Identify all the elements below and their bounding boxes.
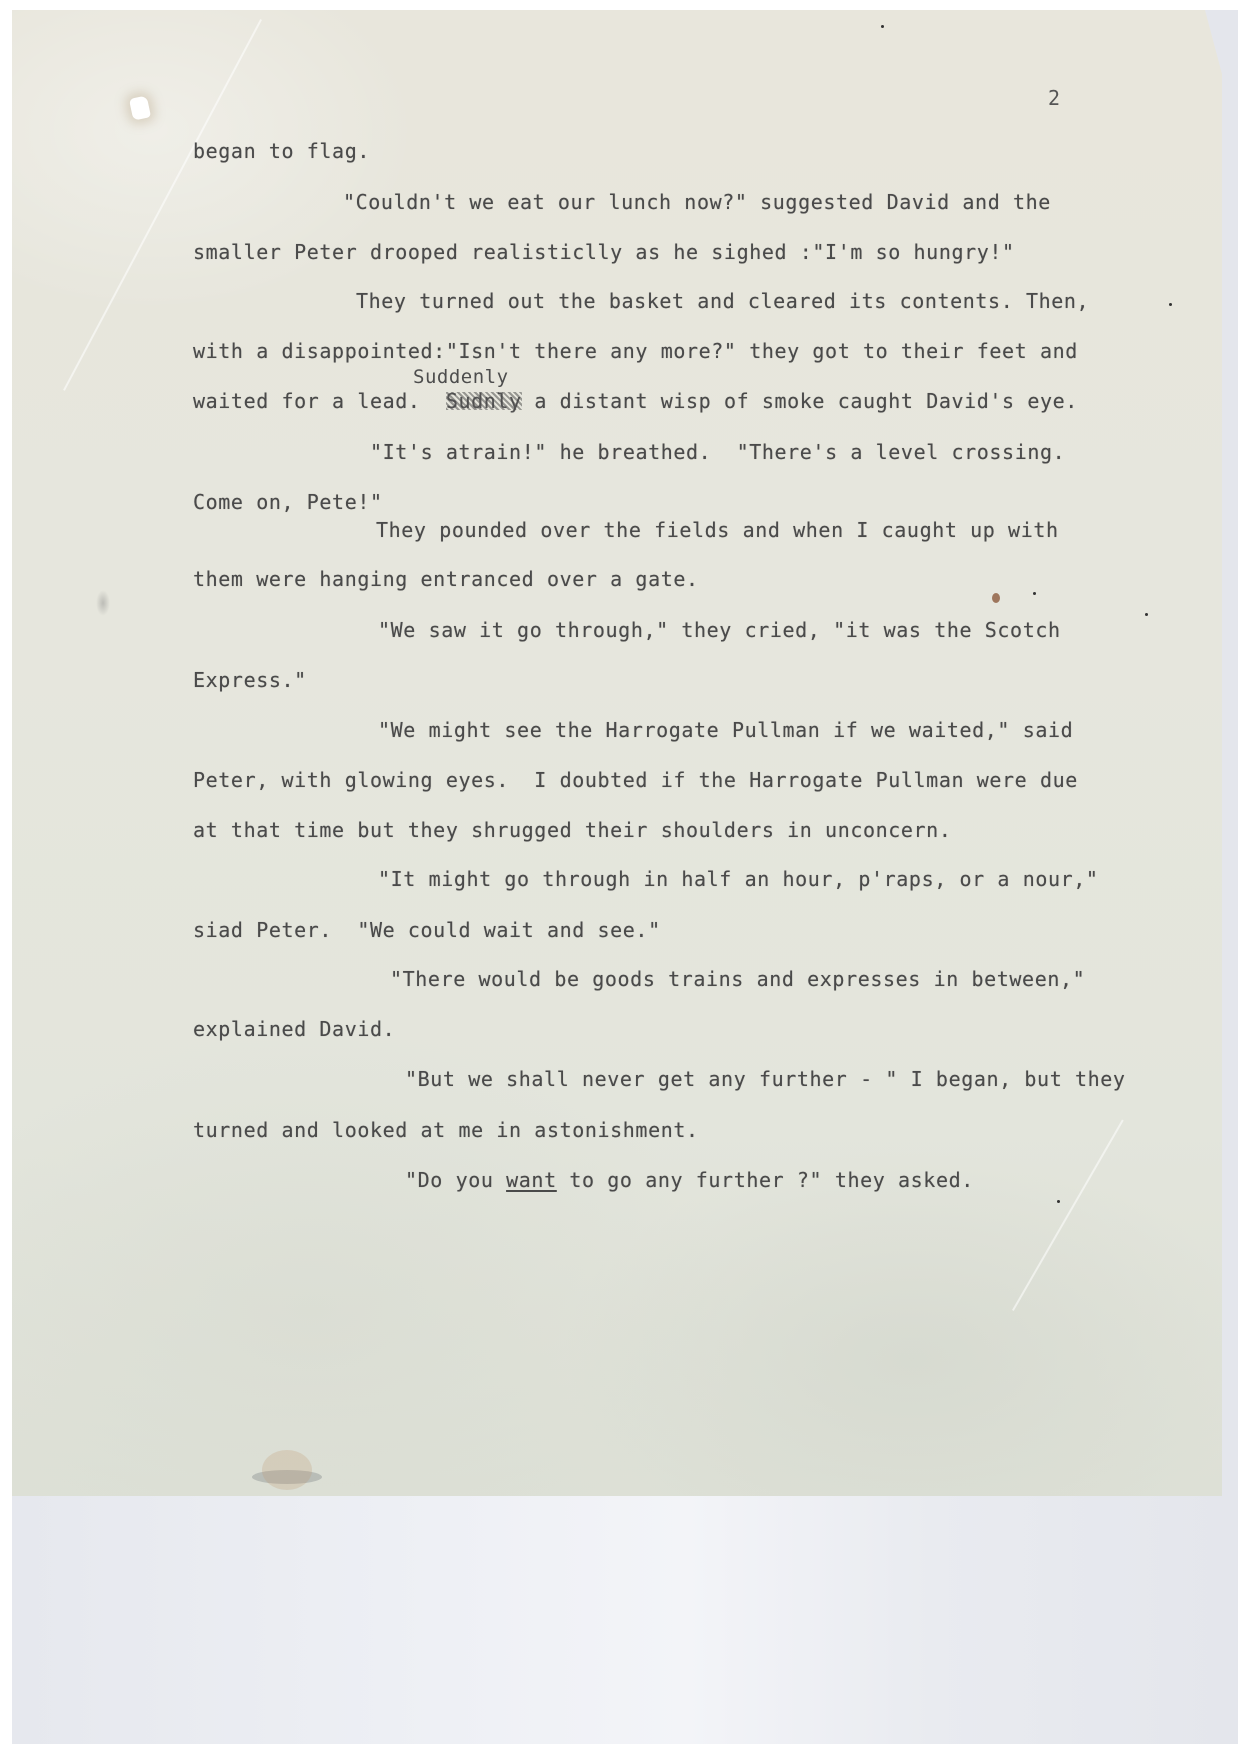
text-line-final: "Do you want to go any further ?" they a… [405, 1168, 974, 1192]
speck [1145, 613, 1148, 616]
text-line: They pounded over the fields and when I … [376, 518, 1059, 542]
speck [1033, 592, 1036, 595]
text-line: Express." [193, 668, 307, 692]
underlined-word: want [506, 1168, 557, 1192]
text-line-with-correction: waited for a lead. Sudnly a distant wisp… [193, 389, 1078, 413]
page-number: 2 [1048, 86, 1060, 110]
text-line: at that time but they shrugged their sho… [193, 818, 951, 842]
text-line: They turned out the basket and cleared i… [356, 289, 1089, 313]
text-line: "Couldn't we eat our lunch now?" suggest… [343, 190, 1051, 214]
paper-stain [262, 1450, 312, 1490]
text-segment: "Do you [405, 1168, 506, 1192]
text-line: "But we shall never get any further - " … [405, 1067, 1126, 1091]
text-line: Come on, Pete!" [193, 490, 383, 514]
speck [881, 25, 884, 28]
typewritten-page [12, 10, 1222, 1496]
text-line: "There would be goods trains and express… [390, 967, 1085, 991]
text-line: them were hanging entranced over a gate. [193, 567, 699, 591]
paper-crease [1012, 1119, 1124, 1311]
text-line: siad Peter. "We could wait and see." [193, 918, 661, 942]
text-segment: to go any further ?" they asked. [557, 1168, 974, 1192]
speck [1169, 303, 1172, 306]
margin-smudge [96, 590, 110, 616]
struck-out-word: Sudnly [446, 389, 522, 413]
text-segment: waited for a lead. [193, 389, 446, 413]
text-segment: a distant wisp of smoke caught David's e… [522, 389, 1078, 413]
speck [1057, 1200, 1060, 1203]
handwritten-insertion: Suddenly [413, 366, 509, 388]
paper-crease [63, 19, 262, 391]
text-line: turned and looked at me in astonishment. [193, 1118, 699, 1142]
text-line: smaller Peter drooped realisticlly as he… [193, 240, 1015, 264]
text-line: "We saw it go through," they cried, "it … [378, 618, 1061, 642]
text-line: "It might go through in half an hour, p'… [378, 867, 1099, 891]
text-line: "We might see the Harrogate Pullman if w… [378, 718, 1073, 742]
text-line: began to flag. [193, 139, 370, 163]
text-line: "It's atrain!" he breathed. "There's a l… [370, 440, 1065, 464]
paper-stain [992, 593, 1000, 603]
text-line: Peter, with glowing eyes. I doubted if t… [193, 768, 1078, 792]
text-line: explained David. [193, 1017, 395, 1041]
text-line: with a disappointed:"Isn't there any mor… [193, 339, 1078, 363]
